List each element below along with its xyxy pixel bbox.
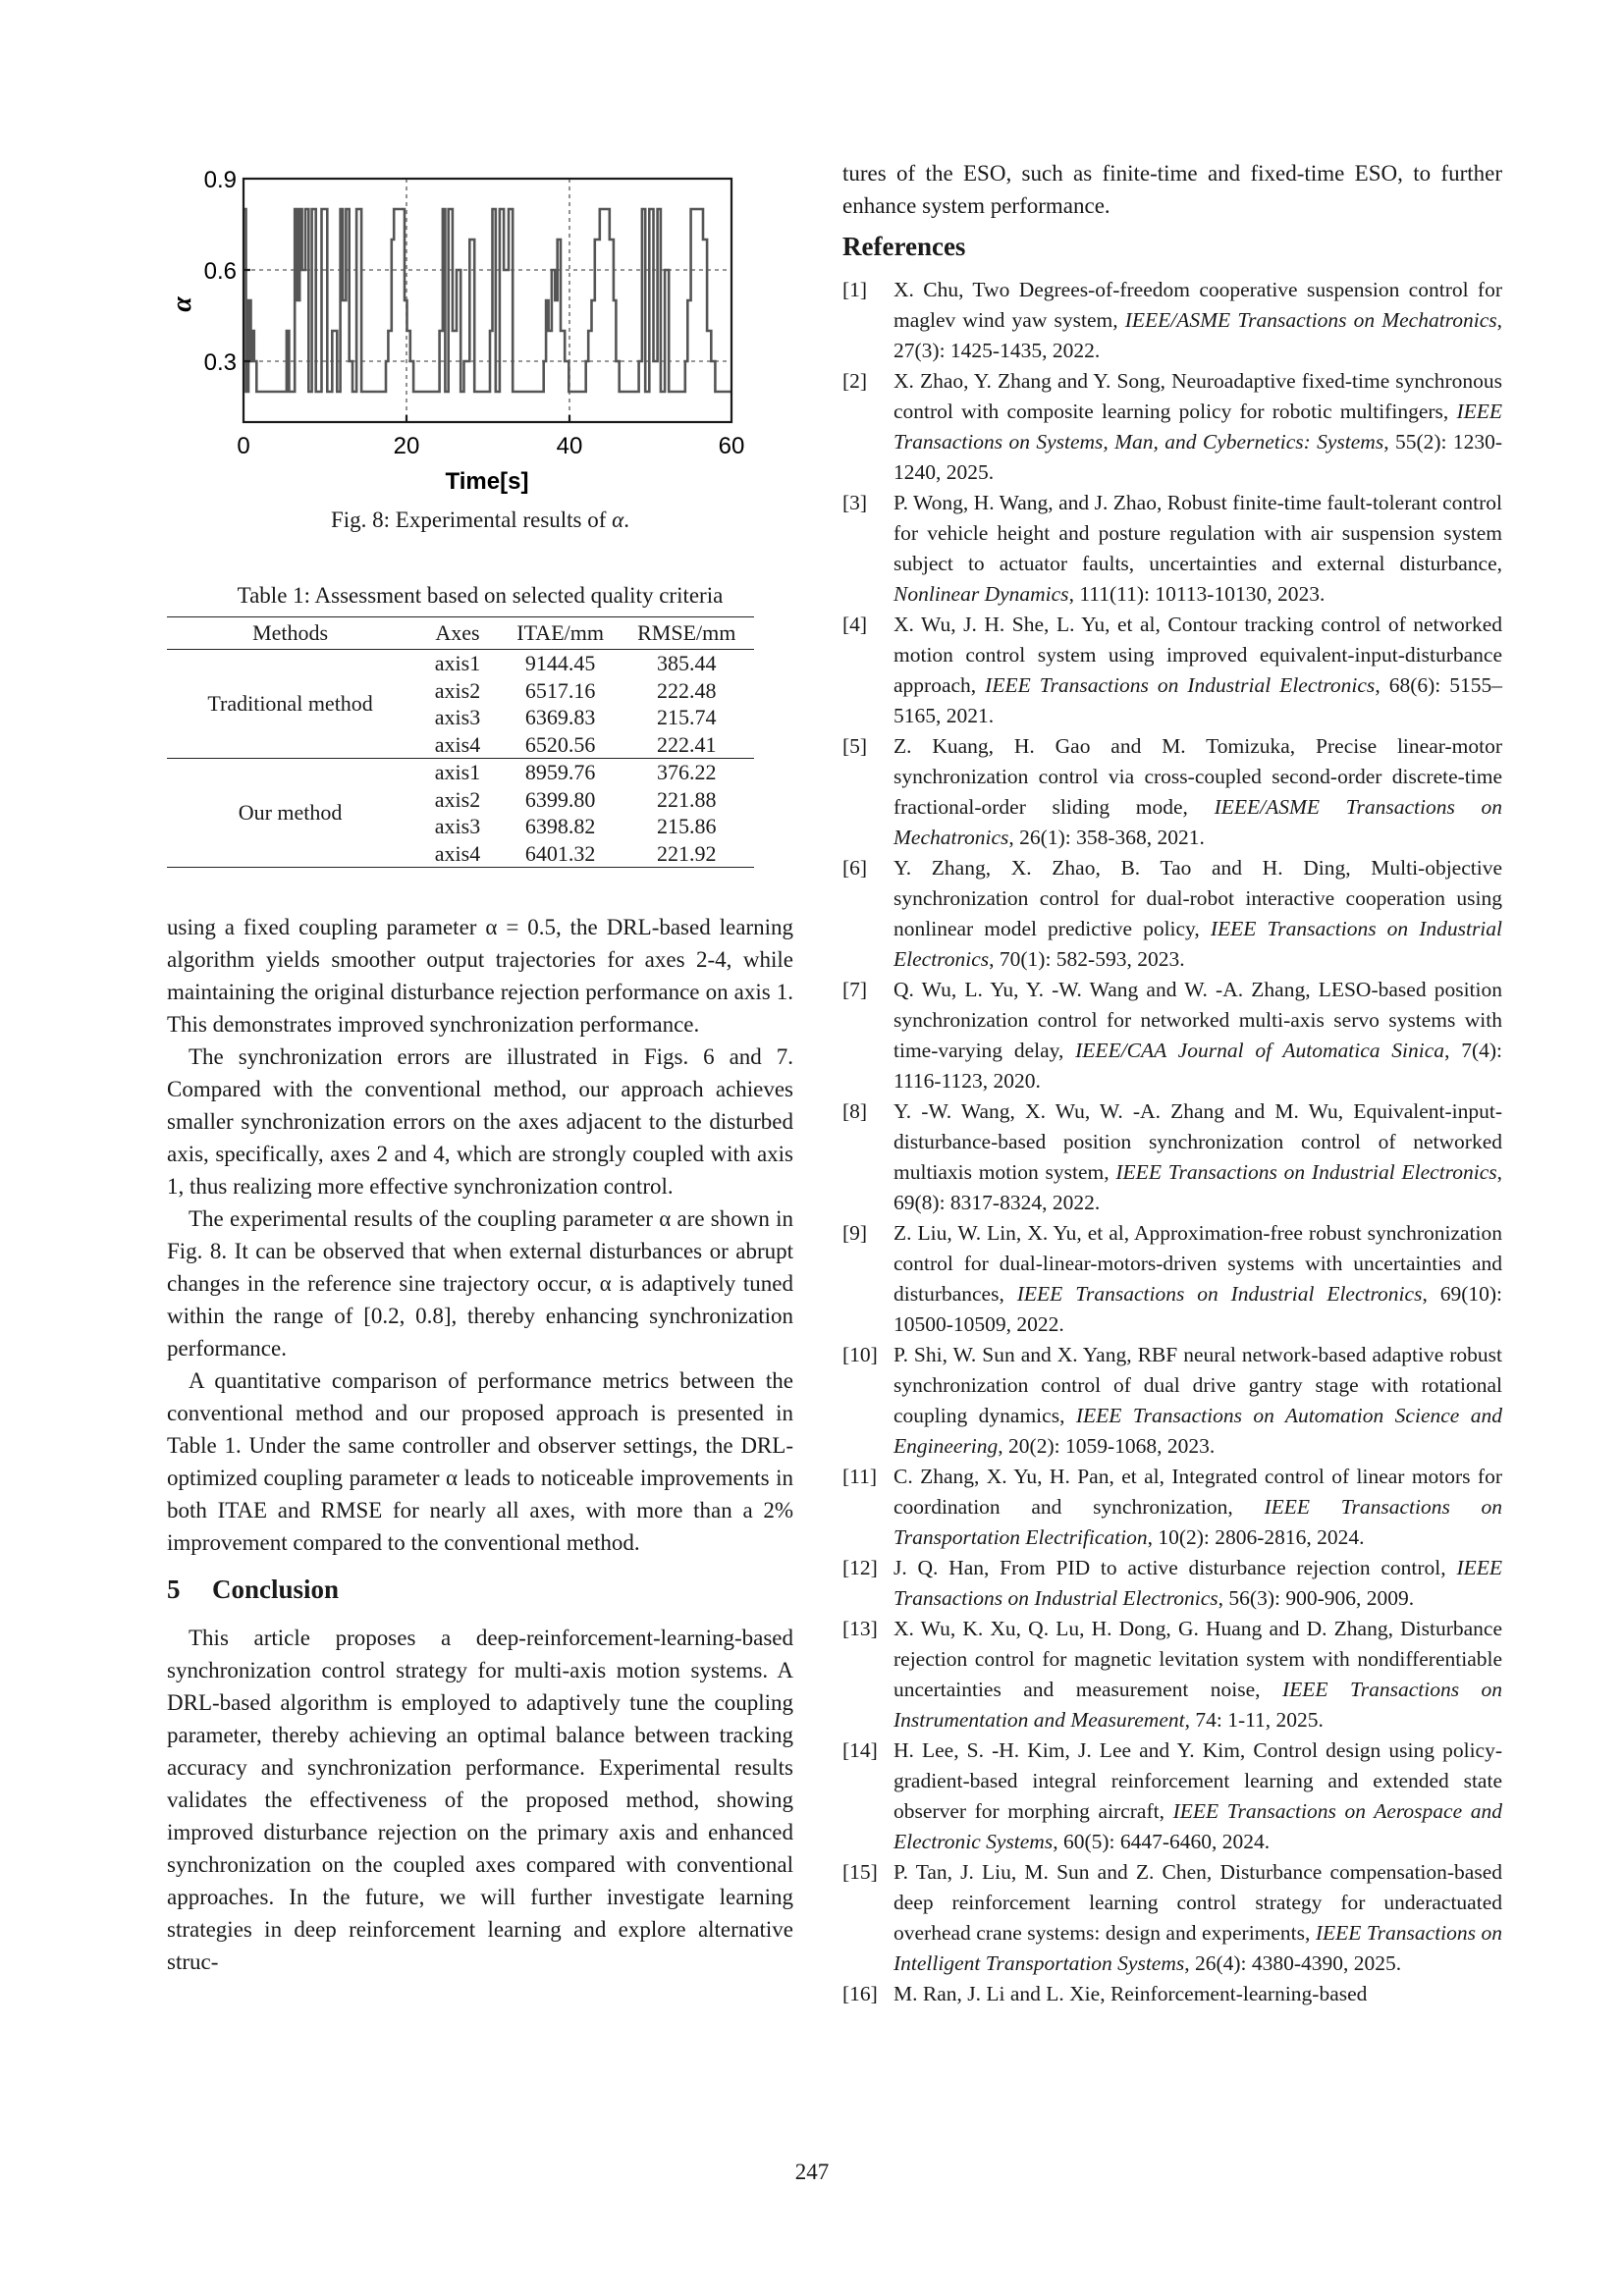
results-discussion: using a fixed coupling parameter α = 0.5… [167,911,793,1978]
itae-cell: 6517.16 [502,677,620,705]
reference-number: [2] [842,366,867,397]
reference-details: , 20(2): 1059-1068, 2023. [998,1434,1215,1458]
axis-cell: axis1 [413,759,502,786]
table-row: Traditional method axis1 9144.45 385.44 [167,650,754,677]
x-tick-0: 0 [237,433,249,459]
page-number: 247 [0,2160,1624,2185]
x-tick-20: 20 [394,433,420,459]
left-column: 0.9 0.6 0.3 0 20 40 60 Time[s] α Fig. 8:… [167,147,793,1978]
rmse-cell: 221.88 [619,786,754,814]
section-title: Conclusion [212,1575,339,1604]
itae-cell: 6520.56 [502,731,620,759]
reference-text: J. Q. Han, From PID to active disturbanc… [893,1556,1456,1579]
figure-caption-text: Fig. 8: Experimental results of [331,507,612,532]
y-axis-label: α [167,296,197,312]
reference-venue: Nonlinear Dynamics [893,582,1069,606]
rmse-cell: 221.92 [619,840,754,868]
reference-details: , 74: 1-11, 2025. [1185,1708,1324,1732]
reference-details: , 10(2): 2806-2816, 2024. [1148,1525,1365,1549]
itae-cell: 8959.76 [502,759,620,786]
header-itae: ITAE/mm [502,617,620,650]
reference-number: [9] [842,1218,867,1249]
reference-number: [10] [842,1340,878,1370]
reference-item: [10]P. Shi, W. Sun and X. Yang, RBF neur… [842,1340,1502,1462]
reference-item: [5]Z. Kuang, H. Gao and M. Tomizuka, Pre… [842,731,1502,853]
itae-cell: 6369.83 [502,704,620,731]
reference-item: [13]X. Wu, K. Xu, Q. Lu, H. Dong, G. Hua… [842,1614,1502,1735]
reference-details: , 26(4): 4380-4390, 2025. [1184,1951,1401,1975]
itae-cell: 6398.82 [502,813,620,840]
axis-cell: axis3 [413,813,502,840]
axis-cell: axis4 [413,731,502,759]
reference-details: , 60(5): 6447-6460, 2024. [1053,1830,1270,1853]
reference-number: [14] [842,1735,878,1766]
conclusion-continuation: tures of the ESO, such as finite-time an… [842,157,1502,222]
rmse-cell: 222.41 [619,731,754,759]
figure-caption: Fig. 8: Experimental results of α. [167,501,793,540]
section-heading-conclusion: 5Conclusion [167,1573,793,1606]
reference-item: [15]P. Tan, J. Liu, M. Sun and Z. Chen, … [842,1857,1502,1979]
section-number: 5 [167,1573,212,1606]
rmse-cell: 215.86 [619,813,754,840]
itae-cell: 9144.45 [502,650,620,677]
reference-number: [11] [842,1462,877,1492]
reference-item: [1]X. Chu, Two Degrees-of-freedom cooper… [842,275,1502,366]
reference-text: X. Zhao, Y. Zhang and Y. Song, Neuroadap… [893,369,1502,423]
y-tick-0.6: 0.6 [204,258,237,285]
itae-cell: 6401.32 [502,840,620,868]
reference-venue: IEEE/CAA Journal of Automatica Sinica [1075,1039,1444,1062]
reference-number: [16] [842,1979,878,2009]
reference-number: [7] [842,975,867,1005]
reference-item: [2]X. Zhao, Y. Zhang and Y. Song, Neuroa… [842,366,1502,488]
reference-venue: IEEE Transactions on Industrial Electron… [985,673,1375,697]
reference-venue: IEEE/ASME Transactions on Mechatronics [1125,308,1497,332]
reference-item: [12]J. Q. Han, From PID to active distur… [842,1553,1502,1614]
figure-caption-suffix: . [623,507,629,532]
rmse-cell: 222.48 [619,677,754,705]
rmse-cell: 376.22 [619,759,754,786]
reference-number: [8] [842,1096,867,1127]
reference-number: [12] [842,1553,878,1583]
figure-caption-symbol: α [612,507,623,532]
results-table: Methods Axes ITAE/mm RMSE/mm Traditional… [167,616,754,868]
reference-number: [4] [842,610,867,640]
x-tick-40: 40 [557,433,583,459]
axis-cell: axis3 [413,704,502,731]
reference-list: [1]X. Chu, Two Degrees-of-freedom cooper… [842,275,1502,2009]
reference-number: [3] [842,488,867,518]
reference-item: [9]Z. Liu, W. Lin, X. Yu, et al, Approxi… [842,1218,1502,1340]
conclusion-paragraph: This article proposes a deep-reinforceme… [167,1622,793,1978]
rmse-cell: 385.44 [619,650,754,677]
alpha-step-chart: 0.9 0.6 0.3 0 20 40 60 Time[s] α [167,147,793,501]
y-tick-0.3: 0.3 [204,349,237,376]
reference-venue: IEEE Transactions on Industrial Electron… [1115,1160,1496,1184]
header-rmse: RMSE/mm [619,617,754,650]
figure-8-alpha-chart: 0.9 0.6 0.3 0 20 40 60 Time[s] α [167,147,793,501]
reference-item: [16]M. Ran, J. Li and L. Xie, Reinforcem… [842,1979,1502,2009]
paragraph: using a fixed coupling parameter α = 0.5… [167,911,793,1041]
axis-cell: axis4 [413,840,502,868]
paragraph: The experimental results of the coupling… [167,1202,793,1364]
paragraph: A quantitative comparison of performance… [167,1364,793,1559]
references-heading: References [842,230,1502,263]
reference-item: [4]X. Wu, J. H. She, L. Yu, et al, Conto… [842,610,1502,731]
header-methods: Methods [167,617,413,650]
y-tick-0.9: 0.9 [204,167,237,193]
right-column: tures of the ESO, such as finite-time an… [842,157,1502,2009]
reference-item: [7]Q. Wu, L. Yu, Y. -W. Wang and W. -A. … [842,975,1502,1096]
itae-cell: 6399.80 [502,786,620,814]
table-row: Our method axis1 8959.76 376.22 [167,759,754,786]
table-caption: Table 1: Assessment based on selected qu… [167,581,793,611]
reference-details: , 56(3): 900-906, 2009. [1218,1586,1414,1610]
reference-number: [6] [842,853,867,883]
reference-number: [15] [842,1857,878,1888]
rmse-cell: 215.74 [619,704,754,731]
reference-text: P. Wong, H. Wang, and J. Zhao, Robust fi… [893,491,1502,575]
reference-details: , 70(1): 582-593, 2023. [989,947,1184,971]
reference-text: M. Ran, J. Li and L. Xie, Reinforcement-… [893,1982,1367,2005]
reference-venue: IEEE Transactions on Industrial Electron… [1017,1282,1423,1306]
reference-item: [6]Y. Zhang, X. Zhao, B. Tao and H. Ding… [842,853,1502,975]
reference-item: [14]H. Lee, S. -H. Kim, J. Lee and Y. Ki… [842,1735,1502,1857]
table-header-row: Methods Axes ITAE/mm RMSE/mm [167,617,754,650]
reference-details: , 26(1): 358-368, 2021. [1008,826,1204,849]
paragraph: The synchronization errors are illustrat… [167,1041,793,1202]
reference-number: [13] [842,1614,878,1644]
alpha-series-line [244,209,731,392]
method-cell: Traditional method [167,650,413,759]
reference-details: , 111(11): 10113-10130, 2023. [1069,582,1326,606]
x-axis-label: Time[s] [446,468,529,495]
x-tick-60: 60 [719,433,745,459]
method-cell: Our method [167,759,413,868]
reference-number: [1] [842,275,867,305]
axis-cell: axis1 [413,650,502,677]
header-axes: Axes [413,617,502,650]
reference-item: [3]P. Wong, H. Wang, and J. Zhao, Robust… [842,488,1502,610]
axis-cell: axis2 [413,786,502,814]
reference-number: [5] [842,731,867,762]
reference-item: [11]C. Zhang, X. Yu, H. Pan, et al, Inte… [842,1462,1502,1553]
axis-cell: axis2 [413,677,502,705]
reference-item: [8]Y. -W. Wang, X. Wu, W. -A. Zhang and … [842,1096,1502,1218]
